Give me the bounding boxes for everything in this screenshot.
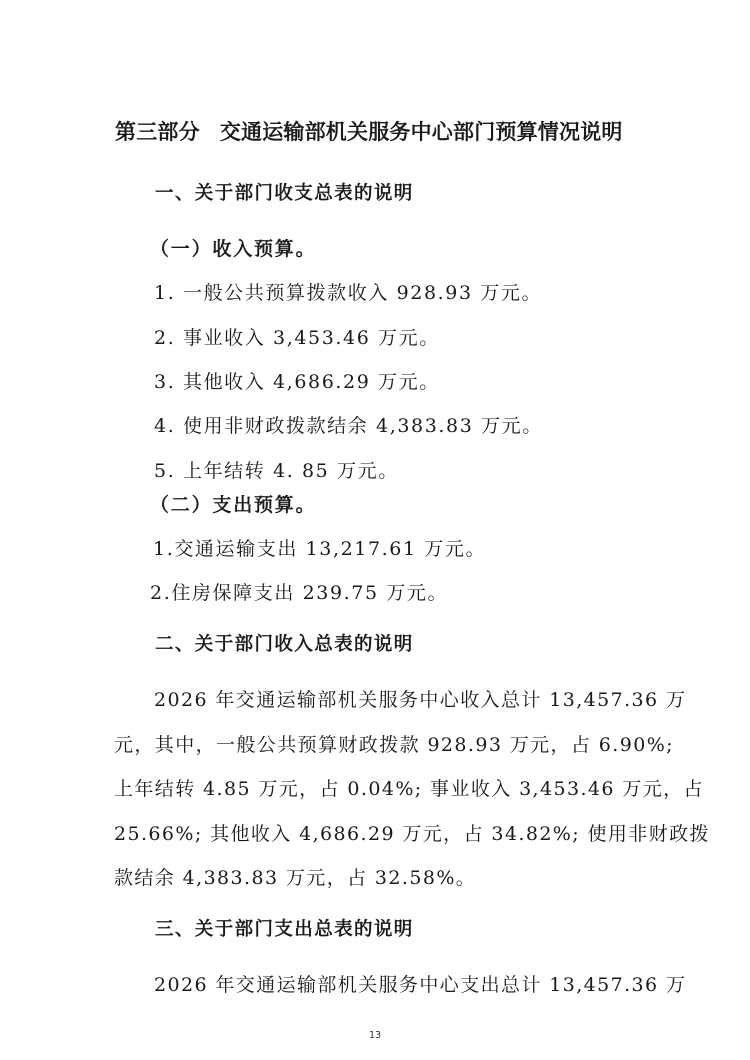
- section-heading-1: 一、关于部门收支总表的说明: [155, 182, 414, 206]
- title-part: 第三部分: [115, 120, 200, 144]
- income-item-4: 4. 使用非财政拨款结余 4,383.83 万元。: [154, 414, 543, 438]
- income-summary-line-5: 款结余 4,383.83 万元，占 32.58%。: [114, 866, 476, 890]
- income-item-1: 1. 一般公共预算拨款收入 928.93 万元。: [154, 281, 542, 305]
- income-item-3: 3. 其他收入 4,686.29 万元。: [154, 370, 440, 394]
- income-summary-line-4: 25.66%; 其他收入 4,686.29 万元，占 34.82%; 使用非财政…: [114, 822, 710, 846]
- page-title: 第三部分交通运输部机关服务中心部门预算情况说明: [115, 120, 623, 144]
- income-summary-line-3: 上年结转 4.85 万元，占 0.04%; 事业收入 3,453.46 万元，占: [114, 777, 704, 801]
- expenditure-item-1: 1.交通运输支出 13,217.61 万元。: [153, 537, 486, 561]
- title-text: 交通运输部机关服务中心部门预算情况说明: [220, 120, 623, 144]
- document-page: 第三部分交通运输部机关服务中心部门预算情况说明 一、关于部门收支总表的说明 （一…: [0, 0, 750, 1060]
- section-heading-3: 三、关于部门支出总表的说明: [155, 918, 414, 942]
- expenditure-summary-line-1: 2026 年交通运输部机关服务中心支出总计 13,457.36 万: [154, 973, 686, 997]
- income-item-5: 5. 上年结转 4. 85 万元。: [154, 459, 399, 483]
- page-number: 13: [0, 1030, 750, 1041]
- section-heading-2: 二、关于部门收入总表的说明: [155, 633, 414, 657]
- income-summary-line-1: 2026 年交通运输部机关服务中心收入总计 13,457.36 万: [154, 688, 686, 712]
- expenditure-item-2: 2.住房保障支出 239.75 万元。: [150, 581, 448, 605]
- income-summary-line-2: 元，其中，一般公共预算财政拨款 928.93 万元，占 6.90%;: [114, 733, 674, 757]
- subsection-heading-income: （一）收入预算。: [150, 237, 316, 261]
- subsection-heading-expenditure: （二）支出预算。: [150, 493, 316, 517]
- income-item-2: 2. 事业收入 3,453.46 万元。: [154, 326, 440, 350]
